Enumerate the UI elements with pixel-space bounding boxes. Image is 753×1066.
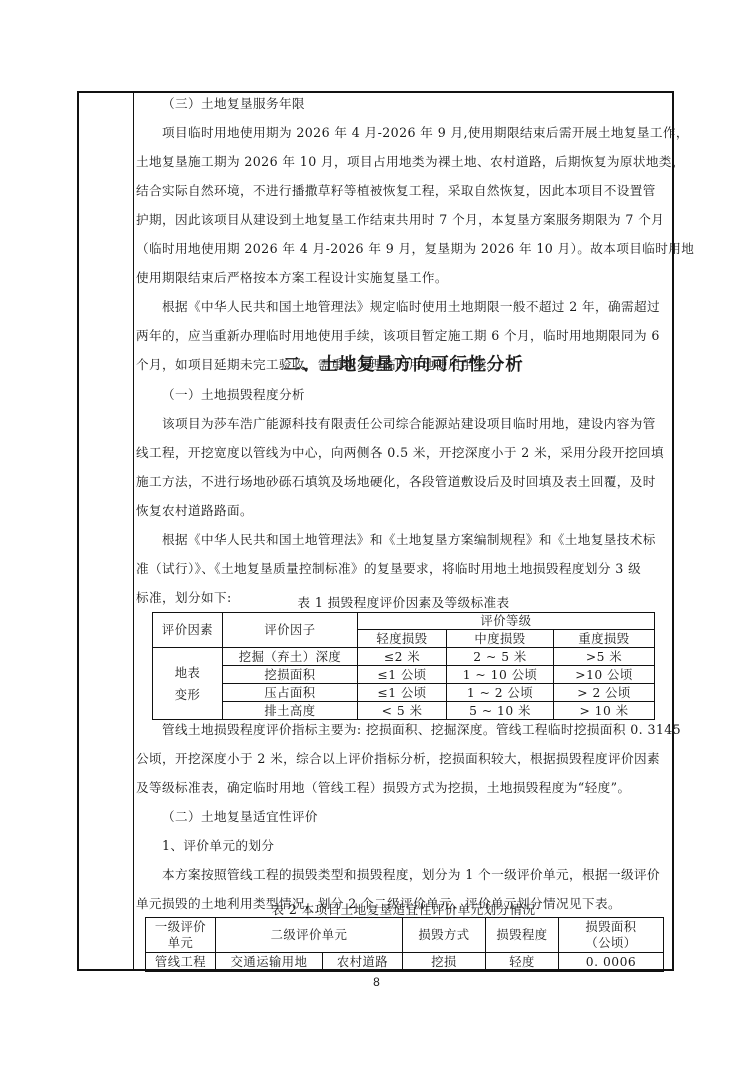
paragraph-line: 本方案按照管线工程的损毁类型和损毁程度，划分为 1 个一级评价单元，根据一级评价 <box>136 865 660 885</box>
table2-method: 挖损 <box>403 953 486 972</box>
table1-light: < 5 米 <box>358 702 447 720</box>
table1-header-item: 评价因子 <box>223 613 358 648</box>
paragraph-line: 线工程，开挖宽度以管线为中心，向两侧各 0.5 米，开挖深度小于 2 米，采用分… <box>136 443 664 463</box>
table1-factor-line1: 地表 <box>153 662 222 684</box>
table1-grade-heavy: 重度损毁 <box>554 630 655 648</box>
table1-grade-medium: 中度损毁 <box>447 630 554 648</box>
evaluation-unit-table: 一级评价 单元 二级评价单元 损毁方式 损毁程度 损毁面积 （公顷） 管线工程 … <box>145 917 664 972</box>
table2-level2a: 交通运输用地 <box>216 953 323 972</box>
page-number: 8 <box>0 975 753 989</box>
table1-medium: 1 ~ 2 公顷 <box>447 684 554 702</box>
paragraph-line: 根据《中华人民共和国土地管理法》规定临时使用土地期限一般不超过 2 年，确需超过 <box>136 297 660 317</box>
table-row: 压占面积 ≤1 公顷 1 ~ 2 公顷 > 2 公顷 <box>153 684 655 702</box>
table2-header-level1: 一级评价 单元 <box>146 918 216 953</box>
table-row: 排土高度 < 5 米 5 ~ 10 米 > 10 米 <box>153 702 655 720</box>
damage-grade-table: 评价因素 评价因子 评价等级 轻度损毁 中度损毁 重度损毁 地表 变形 挖掘（弃… <box>152 612 655 720</box>
paragraph-line: 及等级标准表，确定临时用地（管线工程）损毁方式为挖损，土地损毁程度为“轻度”。 <box>136 778 630 798</box>
table2-level2b: 农村道路 <box>323 953 403 972</box>
table1-item: 压占面积 <box>223 684 358 702</box>
frame-left-column-divider <box>133 93 134 969</box>
table2-degree: 轻度 <box>486 953 559 972</box>
section-title-service-period: （三）土地复垦服务年限 <box>136 94 305 114</box>
paragraph-line: 结合实际自然环境，不进行播撒草籽等植被恢复工程，采取自然恢复，因此本项目不设置管 <box>136 181 656 201</box>
table1-heavy: >10 公顷 <box>554 666 655 684</box>
table1-light: ≤2 米 <box>358 648 447 666</box>
table2-level1: 管线工程 <box>146 953 216 972</box>
table1-factor-cell: 地表 变形 <box>153 648 223 720</box>
table1-light: ≤1 公顷 <box>358 666 447 684</box>
table2-area: 0. 0006 <box>559 953 664 972</box>
paragraph-line: 两年的，应当重新办理临时用地使用手续，该项目暂定施工期 6 个月，临时用地期限同… <box>136 326 660 346</box>
paragraph-line: 公顷，开挖深度小于 2 米，综合以上评价指标分析，挖损面积较大，根据损毁程度评价… <box>136 749 660 769</box>
table2-header-area-line2: （公顷） <box>559 935 663 951</box>
subsection-title-suitability: （二）土地复垦适宜性评价 <box>136 807 318 827</box>
paragraph-line: 土地复垦施工期为 2026 年 10 月，项目占用地类为裸土地、农村道路，后期恢… <box>136 152 685 172</box>
paragraph-line: 项目临时用地使用期为 2026 年 4 月-2026 年 9 月,使用期限结束后… <box>136 123 689 143</box>
table1-medium: 1 ~ 10 公顷 <box>447 666 554 684</box>
table1-factor-line2: 变形 <box>153 684 222 706</box>
table1-header-factor: 评价因素 <box>153 613 223 648</box>
table1-medium: 2 ~ 5 米 <box>447 648 554 666</box>
table2-header-method: 损毁方式 <box>403 918 486 953</box>
table1-heavy: > 10 米 <box>554 702 655 720</box>
table1-grade-light: 轻度损毁 <box>358 630 447 648</box>
table-row: 挖损面积 ≤1 公顷 1 ~ 10 公顷 >10 公顷 <box>153 666 655 684</box>
table1-caption: 表 1 损毁程度评价因素及等级标准表 <box>136 594 671 612</box>
subsection-title-damage-analysis: （一）土地损毁程度分析 <box>136 385 305 405</box>
paragraph-line: 该项目为莎车浩广能源科技有限责任公司综合能源站建设项目临时用地，建设内容为管 <box>136 414 656 434</box>
table2-header-level1-line1: 一级评价 <box>146 919 215 935</box>
paragraph-line: （临时用地使用期 2026 年 4 月-2026 年 9 月，复垦期为 2026… <box>136 239 694 259</box>
table2-header-degree: 损毁程度 <box>486 918 559 953</box>
paragraph-line: 施工方法，不进行场地砂砾石填筑及场地硬化，各段管道敷设后及时回填及表土回覆，及时 <box>136 472 656 492</box>
table2-header-level2: 二级评价单元 <box>216 918 403 953</box>
paragraph-line: 根据《中华人民共和国土地管理法》和《土地复垦方案编制规程》和《土地复垦技术标 <box>136 530 656 550</box>
table1-item: 挖掘（弃土）深度 <box>223 648 358 666</box>
table1-item: 排土高度 <box>223 702 358 720</box>
paragraph-line: 管线土地损毁程度评价指标主要为: 挖损面积、挖掘深度。管线工程临时挖损面积 0.… <box>136 720 681 740</box>
item-title-unit-division: 1、评价单元的划分 <box>136 836 274 856</box>
table1-light: ≤1 公顷 <box>358 684 447 702</box>
table2-header-level1-line2: 单元 <box>146 935 215 951</box>
chapter-heading: 二、土地复垦方向可行性分析 <box>136 350 671 380</box>
table2-header-area: 损毁面积 （公顷） <box>559 918 664 953</box>
paragraph-line: 使用期限结束后严格按本方案工程设计实施复垦工作。 <box>136 268 448 288</box>
table1-heavy: >5 米 <box>554 648 655 666</box>
paragraph-line: 恢复农村道路路面。 <box>136 501 253 521</box>
table1-medium: 5 ~ 10 米 <box>447 702 554 720</box>
table1-header-grade: 评价等级 <box>358 613 655 630</box>
table-row: 管线工程 交通运输用地 农村道路 挖损 轻度 0. 0006 <box>146 953 664 972</box>
paragraph-line: 准（试行）》、《土地复垦质量控制标准》的复垦要求，将临时用地土地损毁程度划分 3… <box>136 559 641 579</box>
table2-header-area-line1: 损毁面积 <box>559 919 663 935</box>
paragraph-line: 护期，因此该项目从建设到土地复垦工作结束共用时 7 个月，本复垦方案服务期限为 … <box>136 210 664 230</box>
table1-heavy: > 2 公顷 <box>554 684 655 702</box>
table-row: 地表 变形 挖掘（弃土）深度 ≤2 米 2 ~ 5 米 >5 米 <box>153 648 655 666</box>
table1-item: 挖损面积 <box>223 666 358 684</box>
